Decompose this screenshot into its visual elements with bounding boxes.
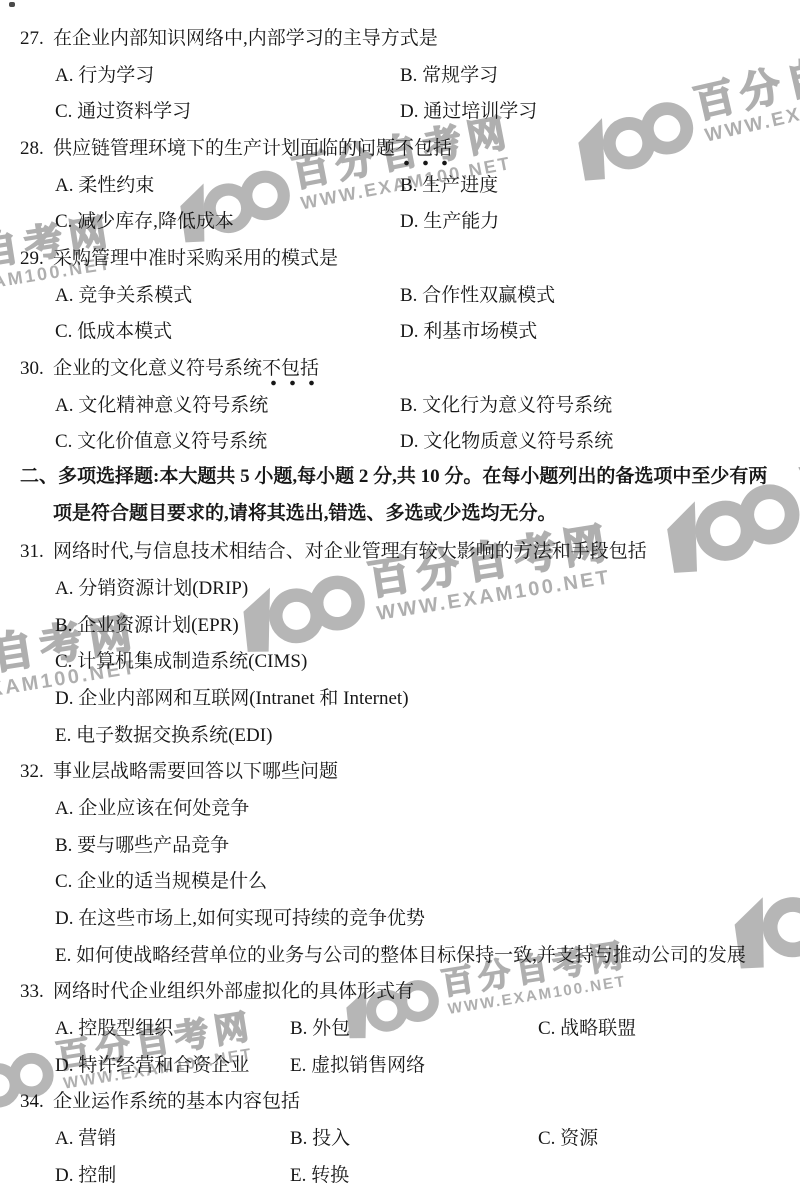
question-30-option-A: A. 文化精神意义符号系统 [55,393,268,418]
question-33-option-C: C. 战略联盟 [538,1016,636,1041]
question-34-option-A: A. 营销 [55,1126,116,1151]
question-number: 34. [20,1089,53,1114]
question-31-option-C: C. 计算机集成制造系统(CIMS) [55,649,307,674]
question-33-title: 33.网络时代企业组织外部虚拟化的具体形式有 [20,979,414,1004]
question-34-option-E: E. 转换 [290,1163,349,1188]
question-27-option-A: A. 行为学习 [55,63,154,88]
question-28-title: 28.供应链管理环境下的生产计划面临的问题不包括 [20,136,452,161]
section2-header-line1: 二、多项选择题:本大题共 5 小题,每小题 2 分,共 10 分。在每小题列出的… [20,464,767,489]
emphasized-text: 不包括 [395,138,452,167]
question-28-option-C: C. 减少库存,降低成本 [55,209,234,234]
question-29-option-D: D. 利基市场模式 [400,319,537,344]
question-title-text: 事业层战略需要回答以下哪些问题 [53,761,338,782]
question-number: 30. [20,356,53,381]
question-29-option-B: B. 合作性双赢模式 [400,283,555,308]
question-31-title: 31.网络时代,与信息技术相结合、对企业管理有较大影响的方法和手段包括 [20,539,647,564]
question-number: 29. [20,246,53,271]
question-title-text: 网络时代,与信息技术相结合、对企业管理有较大影响的方法和手段包括 [53,541,647,562]
question-29-option-C: C. 低成本模式 [55,319,172,344]
question-31-option-D: D. 企业内部网和互联网(Intranet 和 Internet) [55,686,409,711]
question-30-option-D: D. 文化物质意义符号系统 [400,429,613,454]
question-32-option-B: B. 要与哪些产品竞争 [55,833,229,858]
question-title-text: 企业的文化意义符号系统不包括 [53,358,319,387]
question-31-option-A: A. 分销资源计划(DRIP) [55,576,248,601]
question-31-option-E: E. 电子数据交换系统(EDI) [55,723,272,748]
emphasized-text: 不包括 [262,358,319,387]
question-28-option-B: B. 生产进度 [400,173,498,198]
question-title-text: 在企业内部知识网络中,内部学习的主导方式是 [53,28,438,49]
question-title-text: 采购管理中准时采购采用的模式是 [53,248,338,269]
question-27-title: 27.在企业内部知识网络中,内部学习的主导方式是 [20,26,438,51]
question-title-text: 企业运作系统的基本内容包括 [53,1091,300,1112]
question-30-option-C: C. 文化价值意义符号系统 [55,429,267,454]
question-number: 28. [20,136,53,161]
question-33-option-E: E. 虚拟销售网络 [290,1053,425,1078]
scan-artifact [9,2,15,7]
question-30-option-B: B. 文化行为意义符号系统 [400,393,612,418]
question-29-option-A: A. 竞争关系模式 [55,283,192,308]
question-34-title: 34.企业运作系统的基本内容包括 [20,1089,300,1114]
exam-page: 二、多项选择题:本大题共 5 小题,每小题 2 分,共 10 分。在每小题列出的… [0,0,800,1188]
question-32-option-C: C. 企业的适当规模是什么 [55,869,267,894]
question-31-option-B: B. 企业资源计划(EPR) [55,613,239,638]
question-34-option-D: D. 控制 [55,1163,116,1188]
question-30-title: 30.企业的文化意义符号系统不包括 [20,356,319,381]
question-29-title: 29.采购管理中准时采购采用的模式是 [20,246,338,271]
question-title-text: 网络时代企业组织外部虚拟化的具体形式有 [53,981,414,1002]
question-33-option-A: A. 控股型组织 [55,1016,173,1041]
question-33-option-D: D. 特许经营和合资企业 [55,1053,249,1078]
question-number: 27. [20,26,53,51]
question-title-text: 供应链管理环境下的生产计划面临的问题不包括 [53,138,452,167]
question-number: 32. [20,759,53,784]
question-33-option-B: B. 外包 [290,1016,350,1041]
section2-header-line2: 项是符合题目要求的,请将其选出,错选、多选或少选均无分。 [53,501,557,526]
question-32-option-E: E. 如何使战略经营单位的业务与公司的整体目标保持一致,并支持与推动公司的发展 [55,943,746,968]
question-number: 31. [20,539,53,564]
question-32-option-D: D. 在这些市场上,如何实现可持续的竞争优势 [55,906,425,931]
question-28-option-D: D. 生产能力 [400,209,499,234]
question-27-option-D: D. 通过培训学习 [400,99,537,124]
question-27-option-C: C. 通过资料学习 [55,99,191,124]
question-number: 33. [20,979,53,1004]
question-34-option-B: B. 投入 [290,1126,350,1151]
question-32-title: 32.事业层战略需要回答以下哪些问题 [20,759,338,784]
question-27-option-B: B. 常规学习 [400,63,498,88]
question-28-option-A: A. 柔性约束 [55,173,154,198]
question-34-option-C: C. 资源 [538,1126,598,1151]
question-32-option-A: A. 企业应该在何处竞争 [55,796,249,821]
